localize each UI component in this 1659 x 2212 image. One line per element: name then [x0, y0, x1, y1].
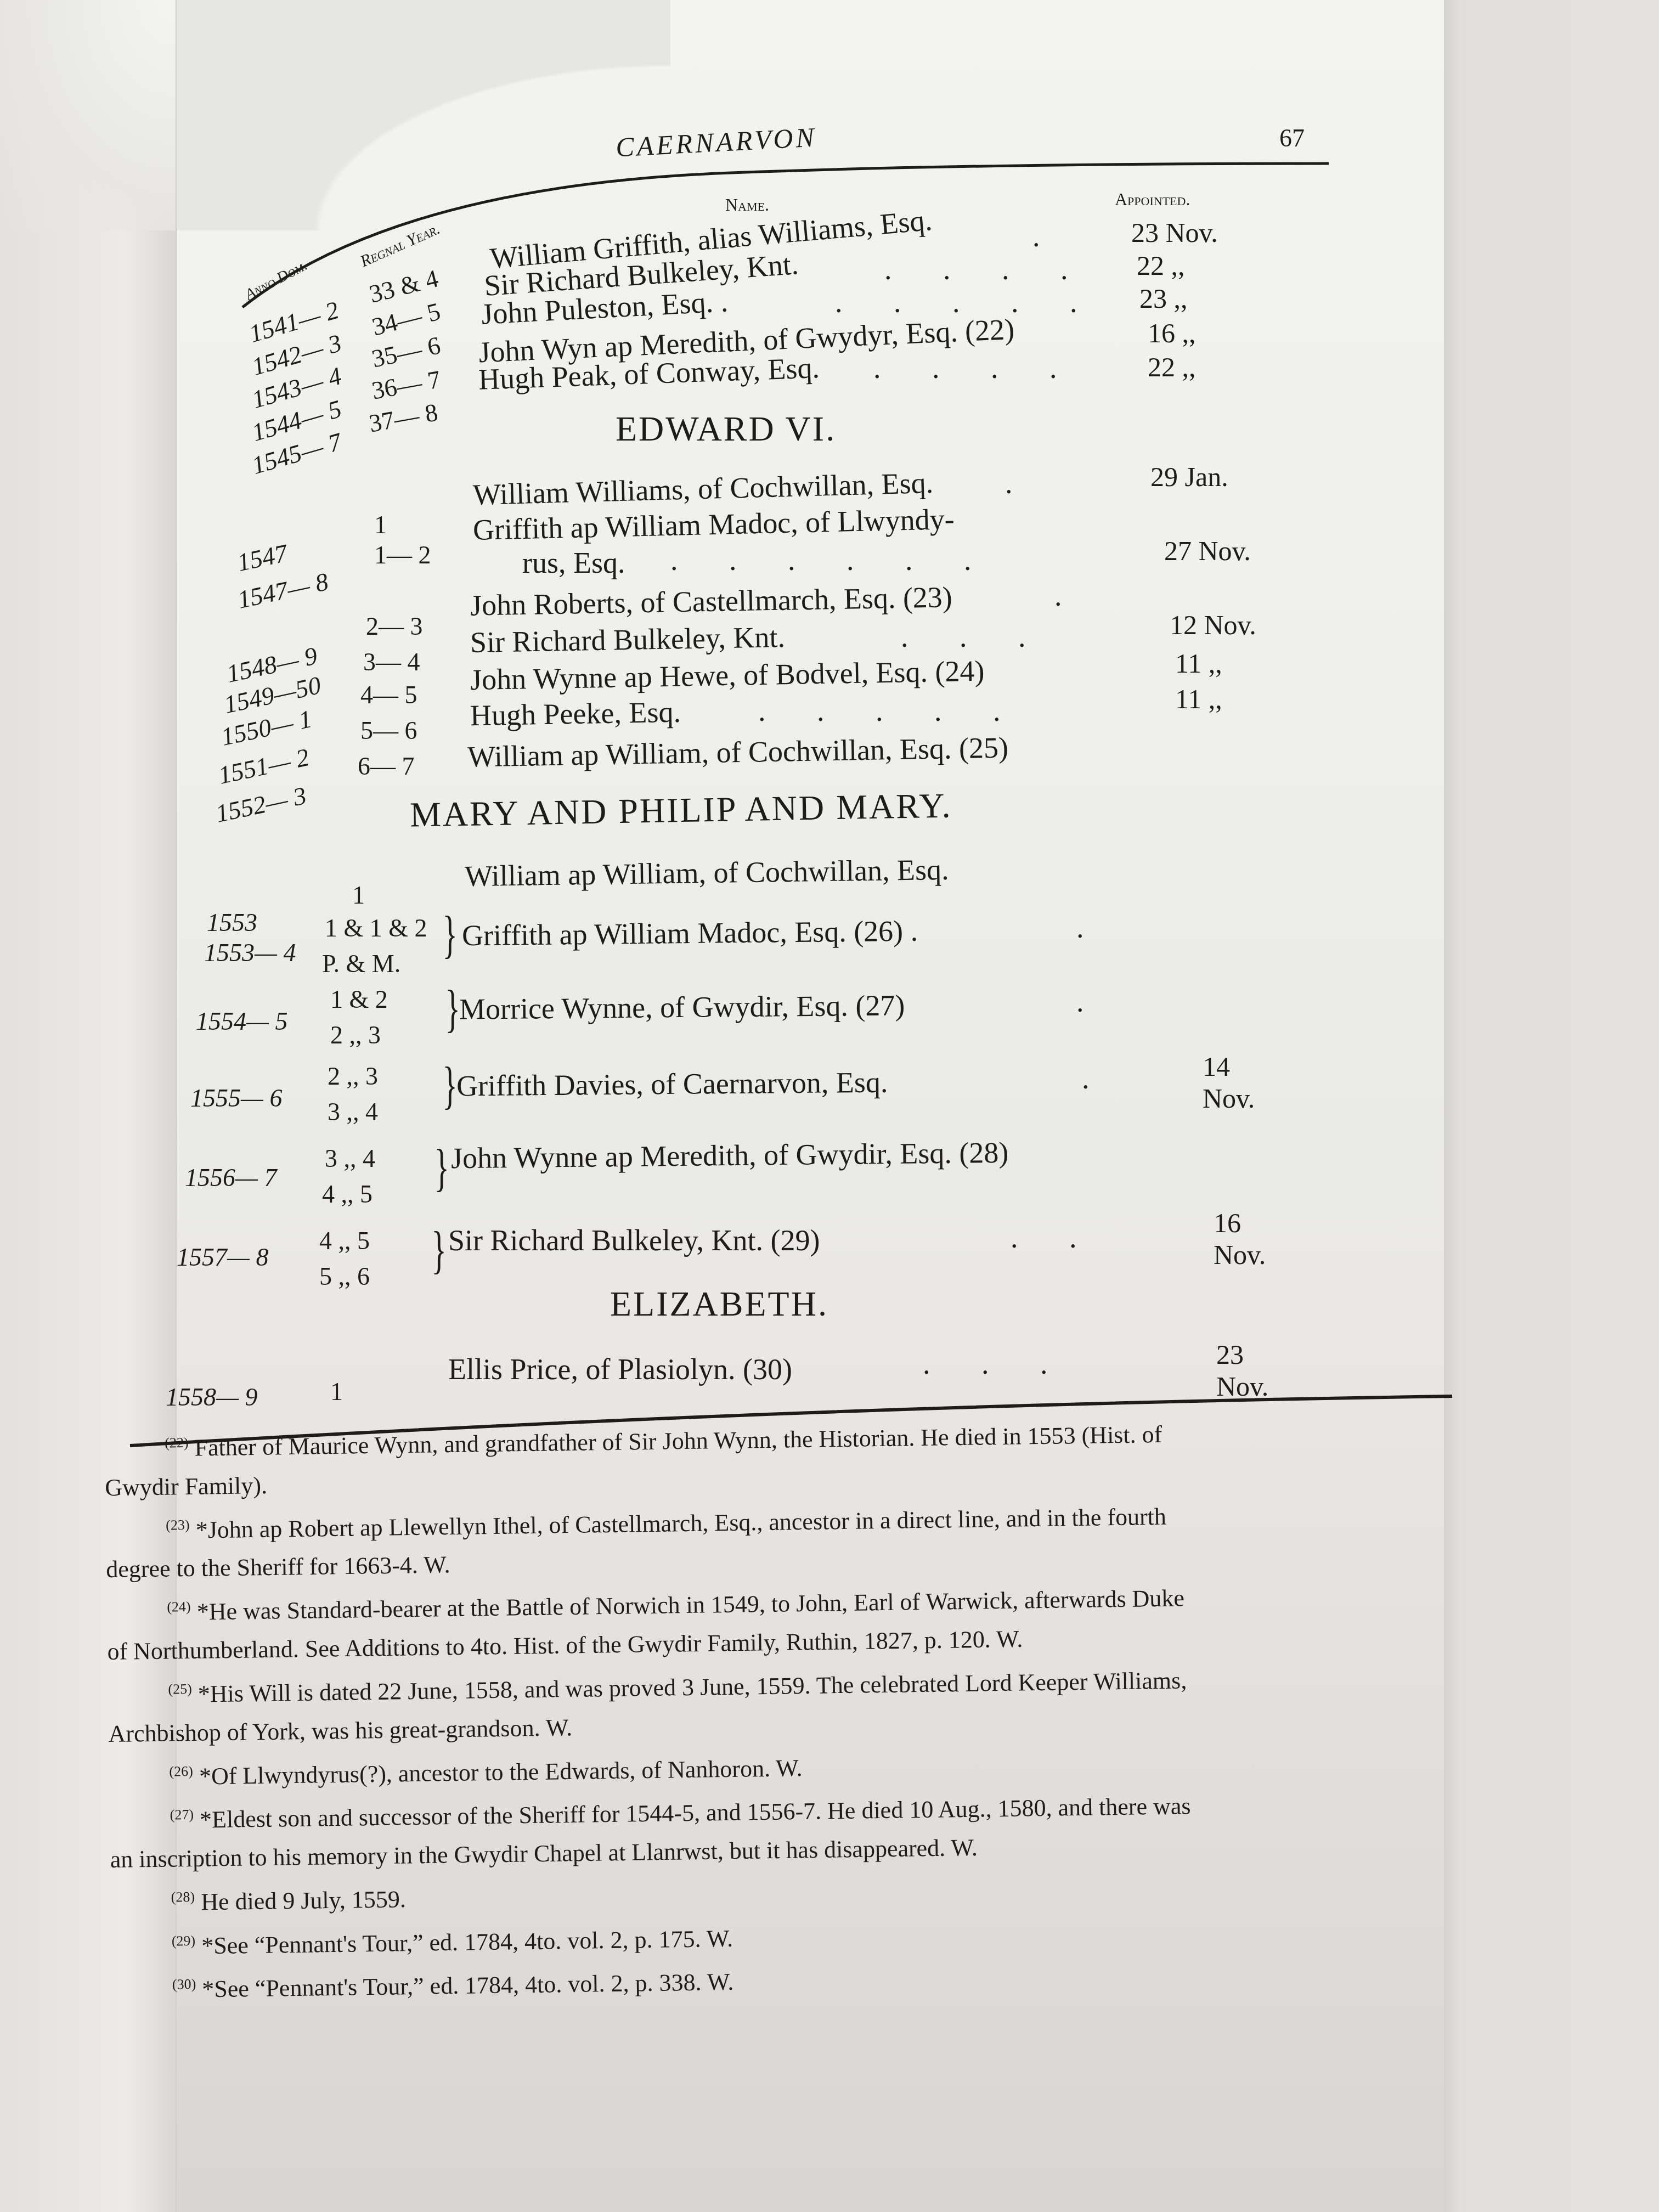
anno-dom: 1556— 7 [185, 1163, 276, 1192]
leader-dots: . [1032, 219, 1062, 253]
regnal-year: 4 ,, 5 [319, 1226, 370, 1255]
brace-icon: } [445, 982, 460, 1035]
leader-dots: . [1005, 466, 1013, 500]
footnote-number: 29 [176, 1933, 190, 1949]
regnal-year: 1 & 2 [330, 985, 388, 1014]
regnal-year: 5— 6 [360, 716, 417, 745]
anno-dom: 1554— 5 [196, 1007, 287, 1036]
regnal-year: 3 ,, 4 [325, 1144, 375, 1173]
footnote-text: *Eldest son and successor of the Sheriff… [200, 1793, 1191, 1833]
appointed-date: 11 ,, [1175, 683, 1222, 715]
footnote-number: 24 [172, 1599, 186, 1615]
leader-dots: . . . . . . [670, 543, 994, 577]
appointed-date: 22 ,, [1148, 351, 1196, 383]
footnote-text: *He was Standard-bearer at the Battle of… [196, 1585, 1184, 1626]
appointed-date: 16 Nov. [1214, 1207, 1268, 1271]
appointed-date: 12 Nov. [1170, 609, 1256, 641]
appointed-date: 29 Jan. [1150, 461, 1228, 493]
anno-dom: 1555— 6 [190, 1084, 282, 1113]
reign-heading: ELIZABETH. [610, 1284, 828, 1324]
column-header-appointed: Appointed. [1115, 189, 1190, 210]
footnote-number: 25 [173, 1681, 187, 1697]
regnal-year: 6— 7 [358, 752, 415, 781]
footnote-number: 22 [170, 1435, 184, 1451]
anno-dom: 1553— 4 [204, 938, 296, 967]
footnote-number: 26 [174, 1763, 188, 1779]
sheriff-name: Griffith Davies, of Caernarvon, Esq. [456, 1065, 888, 1103]
footnote-text: Father of Maurice Wynn, and grandfather … [194, 1421, 1162, 1462]
regnal-year: 1 & 1 & 2 [325, 913, 427, 943]
leader-dots: . [1076, 911, 1084, 945]
footnote-text: *See “Pennant's Tour,” ed. 1784, 4to. vo… [202, 1968, 734, 2003]
sheriff-name: Hugh Peeke, Esq. [470, 695, 681, 733]
footnote-text: He died 9 July, 1559. [201, 1886, 406, 1915]
appointed-date: 11 ,, [1175, 647, 1222, 679]
sheriff-name: Sir Richard Bulkeley, Knt. [470, 620, 786, 659]
sheriff-name: John Wynne ap Hewe, of Bodvel, Esq. (24) [470, 654, 985, 697]
regnal-year-secondary: 4 ,, 5 [322, 1180, 373, 1209]
footnote-text: *John ap Robert ap Llewellyn Ithel, of C… [195, 1503, 1166, 1543]
brace-icon: } [431, 1223, 447, 1276]
footnote-text: *See “Pennant's Tour,” ed. 1784, 4to. vo… [201, 1925, 733, 1959]
sheriff-name: William ap William, of Cochwillan, Esq. [465, 853, 949, 893]
reign-heading: MARY AND PHILIP AND MARY. [409, 785, 952, 835]
column-header-name: Name. [725, 195, 769, 215]
appointed-date: 27 Nov. [1164, 535, 1251, 567]
footnote-text: *His Will is dated 22 June, 1558, and wa… [198, 1667, 1187, 1707]
sheriff-name: William ap William, of Cochwillan, Esq. … [467, 730, 1009, 774]
leader-dots: . . [1011, 1221, 1099, 1255]
leader-dots: . . . [901, 620, 1048, 654]
leader-dots: . . . . [884, 252, 1090, 286]
leader-dots: . . . [923, 1347, 1070, 1381]
sheriff-name: Griffith ap William Madoc, Esq. (26) . [462, 914, 918, 953]
sheriff-name-continued: rus, Esq. [522, 546, 625, 580]
sheriff-name: Morrice Wynne, of Gwydir, Esq. (27) [459, 988, 905, 1026]
appointed-date: 23 ,, [1139, 283, 1188, 314]
regnal-year: 2 ,, 3 [328, 1062, 378, 1091]
leader-dots: . . . . [873, 351, 1079, 385]
leader-dots: . [1082, 1062, 1090, 1096]
sheriff-name: John Wynne ap Meredith, of Gwydir, Esq. … [451, 1136, 1009, 1176]
running-head: CAERNARVON [615, 121, 818, 163]
appointed-date: 16 ,, [1148, 317, 1196, 349]
leader-dots: . [1076, 985, 1084, 1019]
regnal-year: 1 [374, 510, 387, 539]
appointed-date: 22 ,, [1137, 250, 1185, 281]
leader-dots: . . . . . [758, 694, 1023, 728]
brace-icon: } [442, 908, 458, 961]
footnote-number: 27 [174, 1807, 189, 1822]
regnal-year: 3— 4 [363, 647, 420, 676]
brace-icon: } [442, 1059, 458, 1111]
brace-icon: } [434, 1141, 449, 1194]
leader-dots: . [1054, 579, 1062, 613]
footnote-number: 30 [177, 1976, 191, 1992]
anno-dom: 1547 [234, 538, 290, 577]
regnal-year-secondary: P. & M. [322, 949, 400, 978]
regnal-year: 2— 3 [366, 612, 423, 641]
sheriff-name: Ellis Price, of Plasiolyn. (30) [448, 1352, 792, 1386]
regnal-year-secondary: 3 ,, 4 [328, 1097, 378, 1126]
sheriff-name: John Roberts, of Castellmarch, Esq. (23) [470, 580, 953, 622]
book-page: CAERNARVON 67 Anno Dom. Regnal Year. Nam… [176, 0, 1444, 2212]
footnote-number: 23 [171, 1517, 185, 1533]
regnal-year-secondary: 2 ,, 3 [330, 1020, 381, 1049]
regnal-year: 1 [352, 881, 365, 910]
page-number: 67 [1279, 123, 1305, 153]
appointed-date: 23 Nov. [1131, 217, 1218, 249]
regnal-year: 4— 5 [360, 680, 417, 709]
footnote-number: 28 [176, 1889, 190, 1905]
footnote-text: *Of Llwyndyrus(?), ancestor to the Edwar… [199, 1754, 803, 1790]
reign-heading: EDWARD VI. [616, 409, 836, 449]
appointed-date: 14 Nov. [1203, 1051, 1268, 1114]
regnal-year-secondary: 5 ,, 6 [319, 1262, 370, 1291]
anno-dom: 1553 [207, 908, 257, 937]
background-surface [1443, 0, 1659, 2212]
sheriff-name: Sir Richard Bulkeley, Knt. (29) [448, 1223, 820, 1257]
regnal-year: 1— 2 [374, 540, 431, 569]
anno-dom: 1557— 8 [177, 1243, 268, 1272]
footnotes: (22) Father of Maurice Wynn, and grandfa… [104, 1406, 1457, 2010]
